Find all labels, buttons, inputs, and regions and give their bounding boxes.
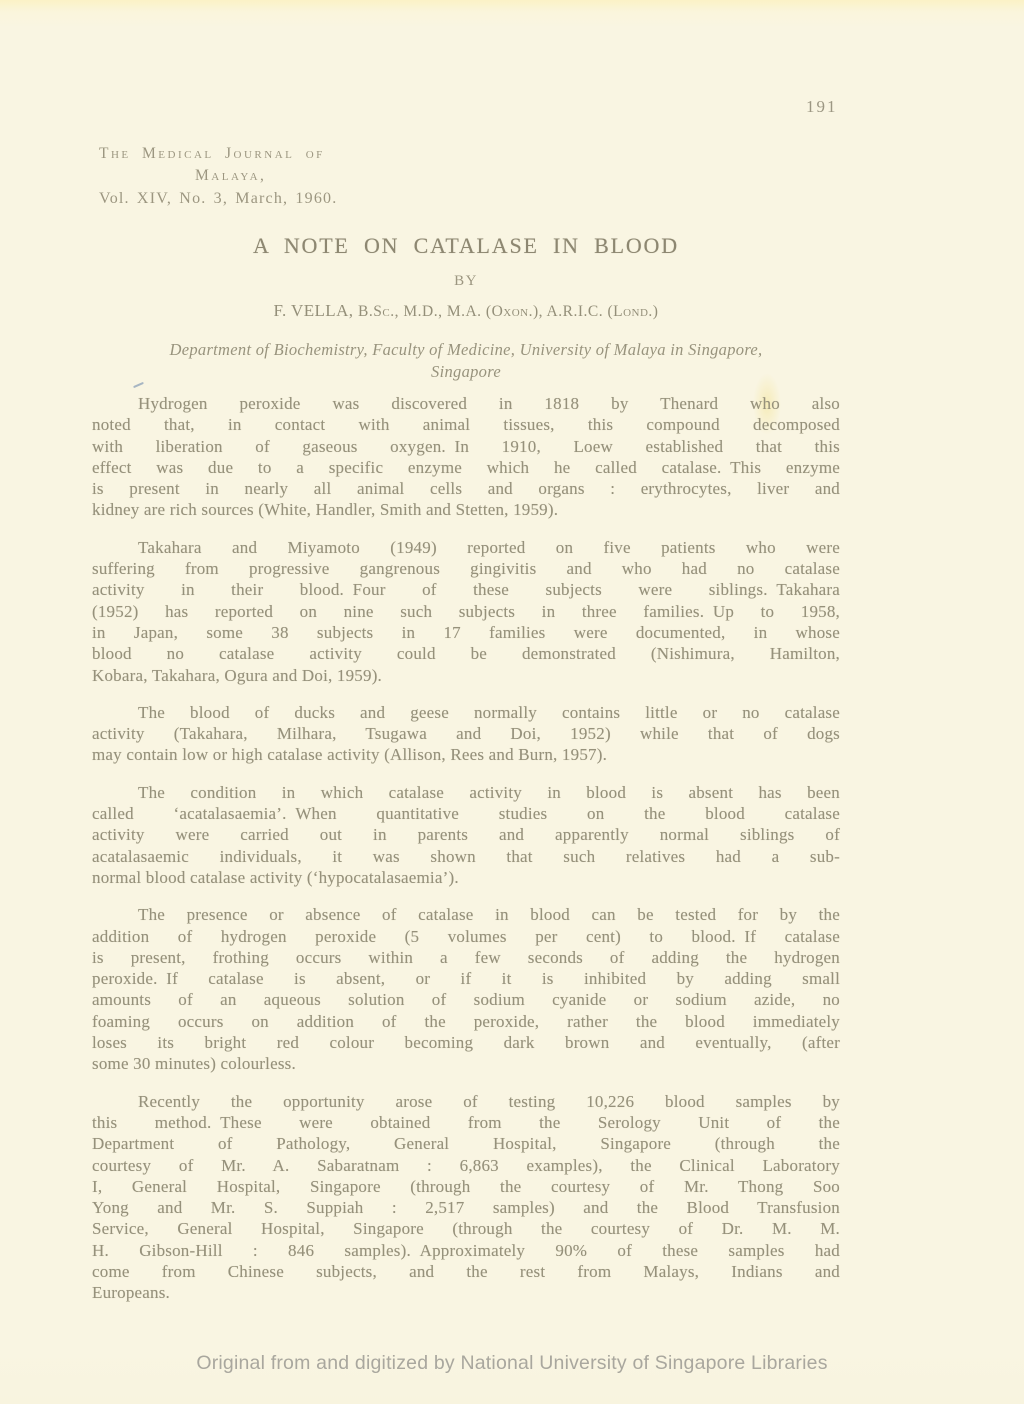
affiliation-line2: Singapore <box>92 361 840 383</box>
text-line: activity in their blood. Four of these s… <box>92 579 840 600</box>
byline: BY <box>92 273 840 290</box>
journal-header: The Medical Journal of Malaya, Vol. XIV,… <box>99 144 337 208</box>
text-line: addition of hydrogen peroxide (5 volumes… <box>92 926 840 947</box>
text-line: peroxide. If catalase is absent, or if i… <box>92 968 840 989</box>
text-line: some 30 minutes) colourless. <box>92 1053 840 1074</box>
text-line: Takahara and Miyamoto (1949) reported on… <box>92 537 840 558</box>
text-line: courtesy of Mr. A. Sabaratnam : 6,863 ex… <box>92 1155 840 1176</box>
text-line: come from Chinese subjects, and the rest… <box>92 1261 840 1282</box>
text-line: The blood of ducks and geese normally co… <box>92 702 840 723</box>
scanned-journal-page: 191 The Medical Journal of Malaya, Vol. … <box>0 0 1024 1404</box>
text-line: H. Gibson-Hill : 846 samples). Approxima… <box>92 1240 840 1261</box>
text-line: is present in nearly all animal cells an… <box>92 478 840 499</box>
text-line: normal blood catalase activity (‘hypocat… <box>92 867 840 888</box>
text-line: I, General Hospital, Singapore (through … <box>92 1176 840 1197</box>
text-line: may contain low or high catalase activit… <box>92 744 840 765</box>
text-line: Service, General Hospital, Singapore (th… <box>92 1218 840 1239</box>
affiliation: Department of Biochemistry, Faculty of M… <box>92 339 840 383</box>
page-number: 191 <box>806 97 838 117</box>
text-line: activity were carried out in parents and… <box>92 824 840 845</box>
author-credentials: B.Sc., M.D., M.A. (Oxon.), A.R.I.C. (Lon… <box>358 303 658 320</box>
text-line: noted that, in contact with animal tissu… <box>92 414 840 435</box>
text-line: The condition in which catalase activity… <box>92 782 840 803</box>
text-line: called ‘acatalasaemia’. When quantitativ… <box>92 803 840 824</box>
text-line: amounts of an aqueous solution of sodium… <box>92 989 840 1010</box>
paragraph: Hydrogen peroxide was discovered in 1818… <box>92 393 840 521</box>
article-body: Hydrogen peroxide was discovered in 1818… <box>92 393 840 1320</box>
paragraph: The presence or absence of catalase in b… <box>92 904 840 1074</box>
text-line: Kobara, Takahara, Ogura and Doi, 1959). <box>92 665 840 686</box>
text-line: blood no catalase activity could be demo… <box>92 643 840 664</box>
text-line: loses its bright red colour becoming dar… <box>92 1032 840 1053</box>
author-line: F. VELLA, B.Sc., M.D., M.A. (Oxon.), A.R… <box>92 301 840 321</box>
text-line: with liberation of gaseous oxygen. In 19… <box>92 436 840 457</box>
paragraph: Recently the opportunity arose of testin… <box>92 1091 840 1304</box>
article-title: A NOTE ON CATALASE IN BLOOD <box>92 233 840 259</box>
text-line: this method. These were obtained from th… <box>92 1112 840 1133</box>
text-line: (1952) has reported on nine such subject… <box>92 601 840 622</box>
text-line: suffering from progressive gangrenous gi… <box>92 558 840 579</box>
paragraph: Takahara and Miyamoto (1949) reported on… <box>92 537 840 686</box>
digitization-credit: Original from and digitized by National … <box>0 1352 1024 1375</box>
text-line: activity (Takahara, Milhara, Tsugawa and… <box>92 723 840 744</box>
text-line: Yong and Mr. S. Suppiah : 2,517 samples)… <box>92 1197 840 1218</box>
affiliation-line1: Department of Biochemistry, Faculty of M… <box>92 339 840 361</box>
journal-issue-line: Vol. XIV, No. 3, March, 1960. <box>99 190 337 208</box>
text-line: effect was due to a specific enzyme whic… <box>92 457 840 478</box>
paragraph: The blood of ducks and geese normally co… <box>92 702 840 766</box>
author-name: F. VELLA, <box>274 301 354 320</box>
journal-name-line1: The Medical Journal of <box>99 144 337 163</box>
text-line: in Japan, some 38 subjects in 17 familie… <box>92 622 840 643</box>
journal-name-line2: Malaya, <box>99 166 337 185</box>
paragraph: The condition in which catalase activity… <box>92 782 840 888</box>
text-line: Hydrogen peroxide was discovered in 1818… <box>92 393 840 414</box>
text-line: The presence or absence of catalase in b… <box>92 904 840 925</box>
text-line: Recently the opportunity arose of testin… <box>92 1091 840 1112</box>
text-line: Europeans. <box>92 1282 840 1303</box>
text-line: Department of Pathology, General Hospita… <box>92 1133 840 1154</box>
text-line: foaming occurs on addition of the peroxi… <box>92 1011 840 1032</box>
text-line: acatalasaemic individuals, it was shown … <box>92 846 840 867</box>
text-line: is present, frothing occurs within a few… <box>92 947 840 968</box>
text-line: kidney are rich sources (White, Handler,… <box>92 499 840 520</box>
